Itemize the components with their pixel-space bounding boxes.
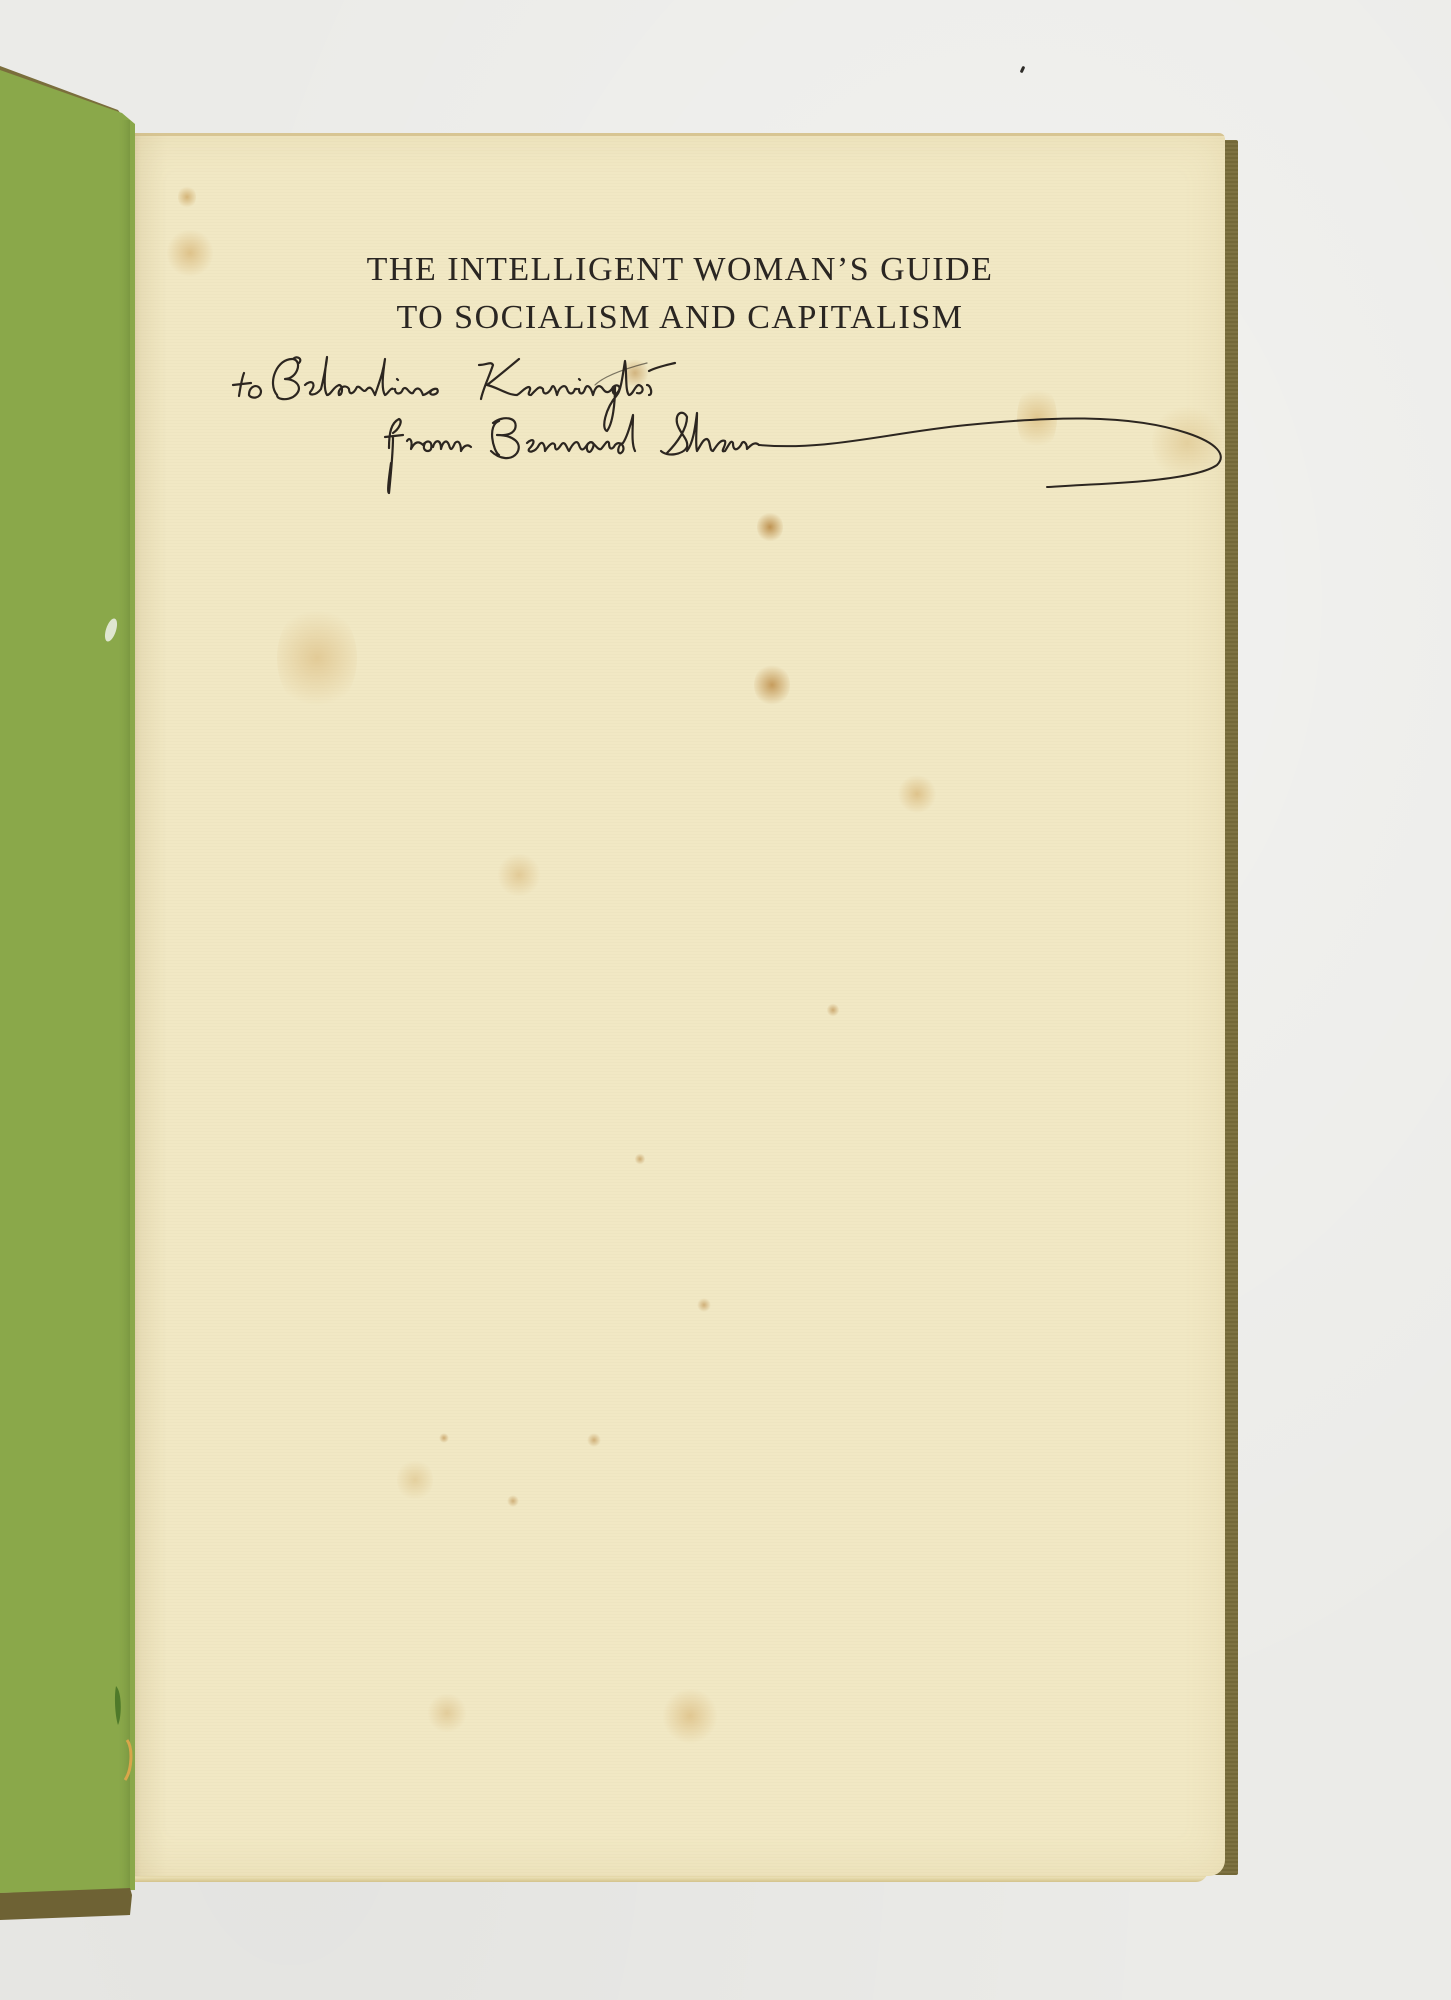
title-page: THE INTELLIGENT WOMAN’S GUIDE TO SOCIALI… [127, 133, 1225, 1876]
foxing-stain [587, 1433, 601, 1447]
handwritten-inscription [127, 133, 1225, 533]
foxing-stain [427, 1693, 467, 1733]
foxing-stain [827, 1003, 839, 1017]
foxing-stain [662, 1688, 718, 1744]
foxing-stain [897, 775, 937, 813]
foxing-stain [507, 1495, 519, 1507]
green-endpaper [0, 0, 140, 2000]
foxing-stain [277, 603, 357, 713]
foxing-stain [754, 663, 790, 707]
foxing-stain [697, 1298, 711, 1312]
foxing-stain [635, 1153, 645, 1165]
foxing-stain [439, 1433, 449, 1443]
foxing-stain [497, 853, 541, 897]
foxing-stain [397, 1458, 433, 1502]
